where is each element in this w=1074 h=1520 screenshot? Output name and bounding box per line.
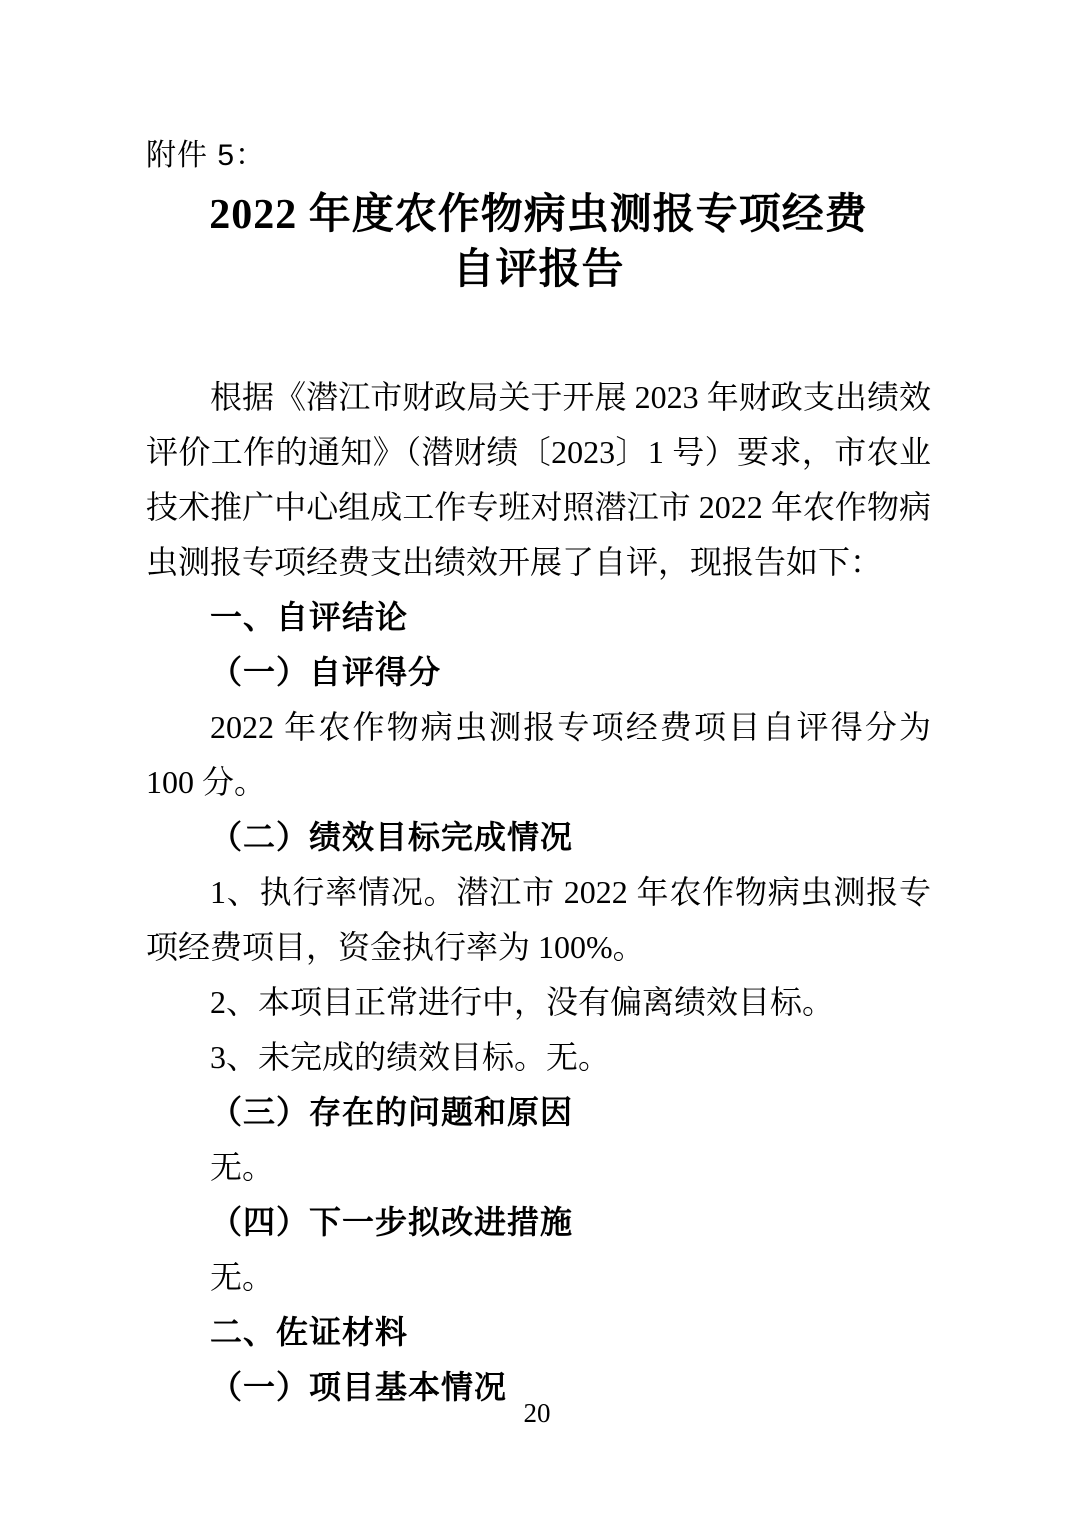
document-title-line1: 2022 年度农作物病虫测报专项经费 — [146, 188, 931, 243]
paragraph-normal-progress: 2、本项目正常进行中，没有偏离绩效目标。 — [146, 975, 931, 1030]
heading-performance-target-completion: （二）绩效目标完成情况 — [146, 810, 931, 865]
attachment-label: 附件 5： — [146, 138, 931, 174]
document-body: 根据《潜江市财政局关于开展 2023 年财政支出绩效评价工作的通知》（潜财绩〔2… — [146, 370, 931, 1415]
document-page: 附件 5： 2022 年度农作物病虫测报专项经费 自评报告 根据《潜江市财政局关… — [0, 0, 1074, 1520]
paragraph-intro-basis: 根据《潜江市财政局关于开展 2023 年财政支出绩效评价工作的通知》（潜财绩〔2… — [146, 370, 931, 590]
paragraph-score-result: 2022 年农作物病虫测报专项经费项目自评得分为 100 分。 — [146, 700, 931, 810]
heading-next-step-improvements: （四）下一步拟改进措施 — [146, 1195, 931, 1250]
document-content: 附件 5： 2022 年度农作物病虫测报专项经费 自评报告 根据《潜江市财政局关… — [0, 0, 1074, 1415]
paragraph-unfinished-targets: 3、未完成的绩效目标。无。 — [146, 1030, 931, 1085]
heading-self-evaluation-score: （一）自评得分 — [146, 645, 931, 700]
paragraph-execution-rate: 1、执行率情况。潜江市 2022 年农作物病虫测报专项经费项目，资金执行率为 1… — [146, 865, 931, 975]
paragraph-problems-none: 无。 — [146, 1140, 931, 1195]
document-title-line2: 自评报告 — [146, 243, 931, 298]
paragraph-improvements-none: 无。 — [146, 1250, 931, 1305]
heading-supporting-materials: 二、佐证材料 — [146, 1305, 931, 1360]
document-title: 2022 年度农作物病虫测报专项经费 自评报告 — [146, 188, 931, 298]
heading-self-evaluation-conclusion: 一、自评结论 — [146, 590, 931, 645]
page-number: 20 — [0, 1396, 1074, 1430]
heading-problems-and-causes: （三）存在的问题和原因 — [146, 1085, 931, 1140]
